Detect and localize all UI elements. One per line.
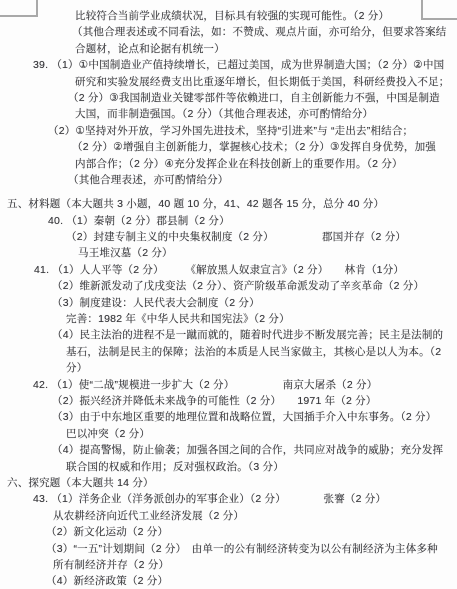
question-40-part-1: 40. （1）秦朝（2 分）郡县制（2 分） [0, 213, 457, 229]
doc-line: 大国，而非制造强国。（2 分）（其他合理表述，亦可酌情给分） [0, 106, 457, 122]
doc-line: 马王堆汉墓（2 分） [0, 245, 457, 261]
question-43-part-2: （2）新文化运动（2 分） [0, 524, 457, 540]
doc-line: 比较符合当前学业成绩状况，目标具有较强的实现可能性。（2 分） [0, 8, 457, 24]
question-41-part-2: （2）维新派发动了戊戌变法（2 分）、资产阶级革命派发动了辛亥革命（2 分） [0, 278, 457, 294]
question-42-part-4: （4）提高警惕，防止偷袭；加强各国之间的合作，共同应对战争的威胁；充分发挥 [0, 442, 457, 458]
question-41-part-3: （3）制度建设：人民代表大会制度（2 分） [0, 295, 457, 311]
question-41-answers: 41. （1）人人平等（2 分） 《解放黑人奴隶宣言》（2 分） 林肯（1分） … [0, 262, 457, 377]
doc-line: 合题材，论点和论据有机统一） [0, 41, 457, 57]
doc-line: （其他合理表述或不同看法，如：不赞成、观点片面，亦可给分，但要求答案结 [0, 24, 457, 40]
question-39-part-2: （2）①坚持对外开放，学习外国先进技术，坚持“引进来”与 “走出去”相结合； [0, 123, 457, 139]
section-heading-inquiry: 六、探究题（本大题共 14 分） [0, 475, 457, 491]
answer-key-document: 比较符合当前学业成绩状况，目标具有较强的实现可能性。（2 分） （其他合理表述或… [0, 8, 457, 589]
question-43-part-1: 43. （1）洋务企业（洋务派创办的军事企业）（2 分） 张謇（2 分） [0, 491, 457, 507]
question-41-part-4: （4）民主法治的进程不是一蹴而就的，随着时代进步不断发展完善；民主是法制的 [0, 327, 457, 343]
question-43-part-4: （4）新经济政策（2 分） [0, 573, 457, 589]
section-heading-materials: 五、材料题（本大题共 3 小题，40 题 10 分，41、42 题各 15 分，… [0, 196, 457, 212]
question-42-part-2: （2）振兴经济并降低未来战争的可能性（2 分） 1971 年（2 分） [0, 393, 457, 409]
doc-line: 研究和实验发展经费支出比重逐年增长，但长期低于美国，科研经费投入不足； [0, 74, 457, 90]
question-40-part-2: （2）封建专制主义的中央集权制度（2 分） 郡国并存（2 分） [0, 229, 457, 245]
question-42-answers: 42. （1）使“二战”规模进一步扩大（2 分） 南京大屠杀（2 分） （2）振… [0, 377, 457, 475]
question-39-part-1: 39. （1）①中国制造业产值持续增长，已超过美国，成为世界制造大国；（2 分）… [0, 57, 457, 73]
question-43-answers: 43. （1）洋务企业（洋务派创办的军事企业）（2 分） 张謇（2 分） 从农耕… [0, 491, 457, 589]
doc-line: （2 分）②增强自主创新能力，掌握核心技术；（2 分）③发挥自身优势，加强 [0, 139, 457, 155]
doc-line: 完善：1982 年《中华人民共和国宪法》（2 分） [0, 311, 457, 327]
doc-line: 巴以冲突（2 分） [0, 426, 457, 442]
question-39-answers: 39. （1）①中国制造业产值持续增长，已超过美国，成为世界制造大国；（2 分）… [0, 57, 457, 188]
question-42-part-1: 42. （1）使“二战”规模进一步扩大（2 分） 南京大屠杀（2 分） [0, 377, 457, 393]
doc-line: （2 分）③我国制造业关键零部件等依赖进口，自主创新能力不强，中国是制造 [0, 90, 457, 106]
question-42-part-3: （3）由于中东地区重要的地理位置和战略位置，大国插手介入中东事务。（2 分） [0, 409, 457, 425]
question-40-answers: 40. （1）秦朝（2 分）郡县制（2 分） （2）封建专制主义的中央集权制度（… [0, 213, 457, 262]
doc-line: 基石，法制是民主的保障；法治的本质是人民当家做主，其核心是以人为本。（2 [0, 344, 457, 360]
answer-block-continuation: 比较符合当前学业成绩状况，目标具有较强的实现可能性。（2 分） （其他合理表述或… [0, 8, 457, 57]
doc-line: 分） [0, 360, 457, 376]
doc-line: 所有制经济并存（2 分） [0, 557, 457, 573]
scanned-answer-sheet-page: 比较符合当前学业成绩状况，目标具有较强的实现可能性。（2 分） （其他合理表述或… [0, 0, 457, 589]
doc-line: （其他合理表述，亦可酌情给分） [0, 172, 457, 188]
doc-line: 从农耕经济向近代工业经济发展（2 分） [0, 508, 457, 524]
doc-line: 联合国的权威和作用；反对强权政治。（3 分） [0, 459, 457, 475]
doc-line: 内部合作；（2 分）④充分发挥企业在科技创新上的重要作用。（2 分） [0, 156, 457, 172]
question-41-part-1: 41. （1）人人平等（2 分） 《解放黑人奴隶宣言》（2 分） 林肯（1分） [0, 262, 457, 278]
question-43-part-3: （3）“一五”计划期间（2 分） 由单一的公有制经济转变为以公有制经济为主体多种 [0, 541, 457, 557]
